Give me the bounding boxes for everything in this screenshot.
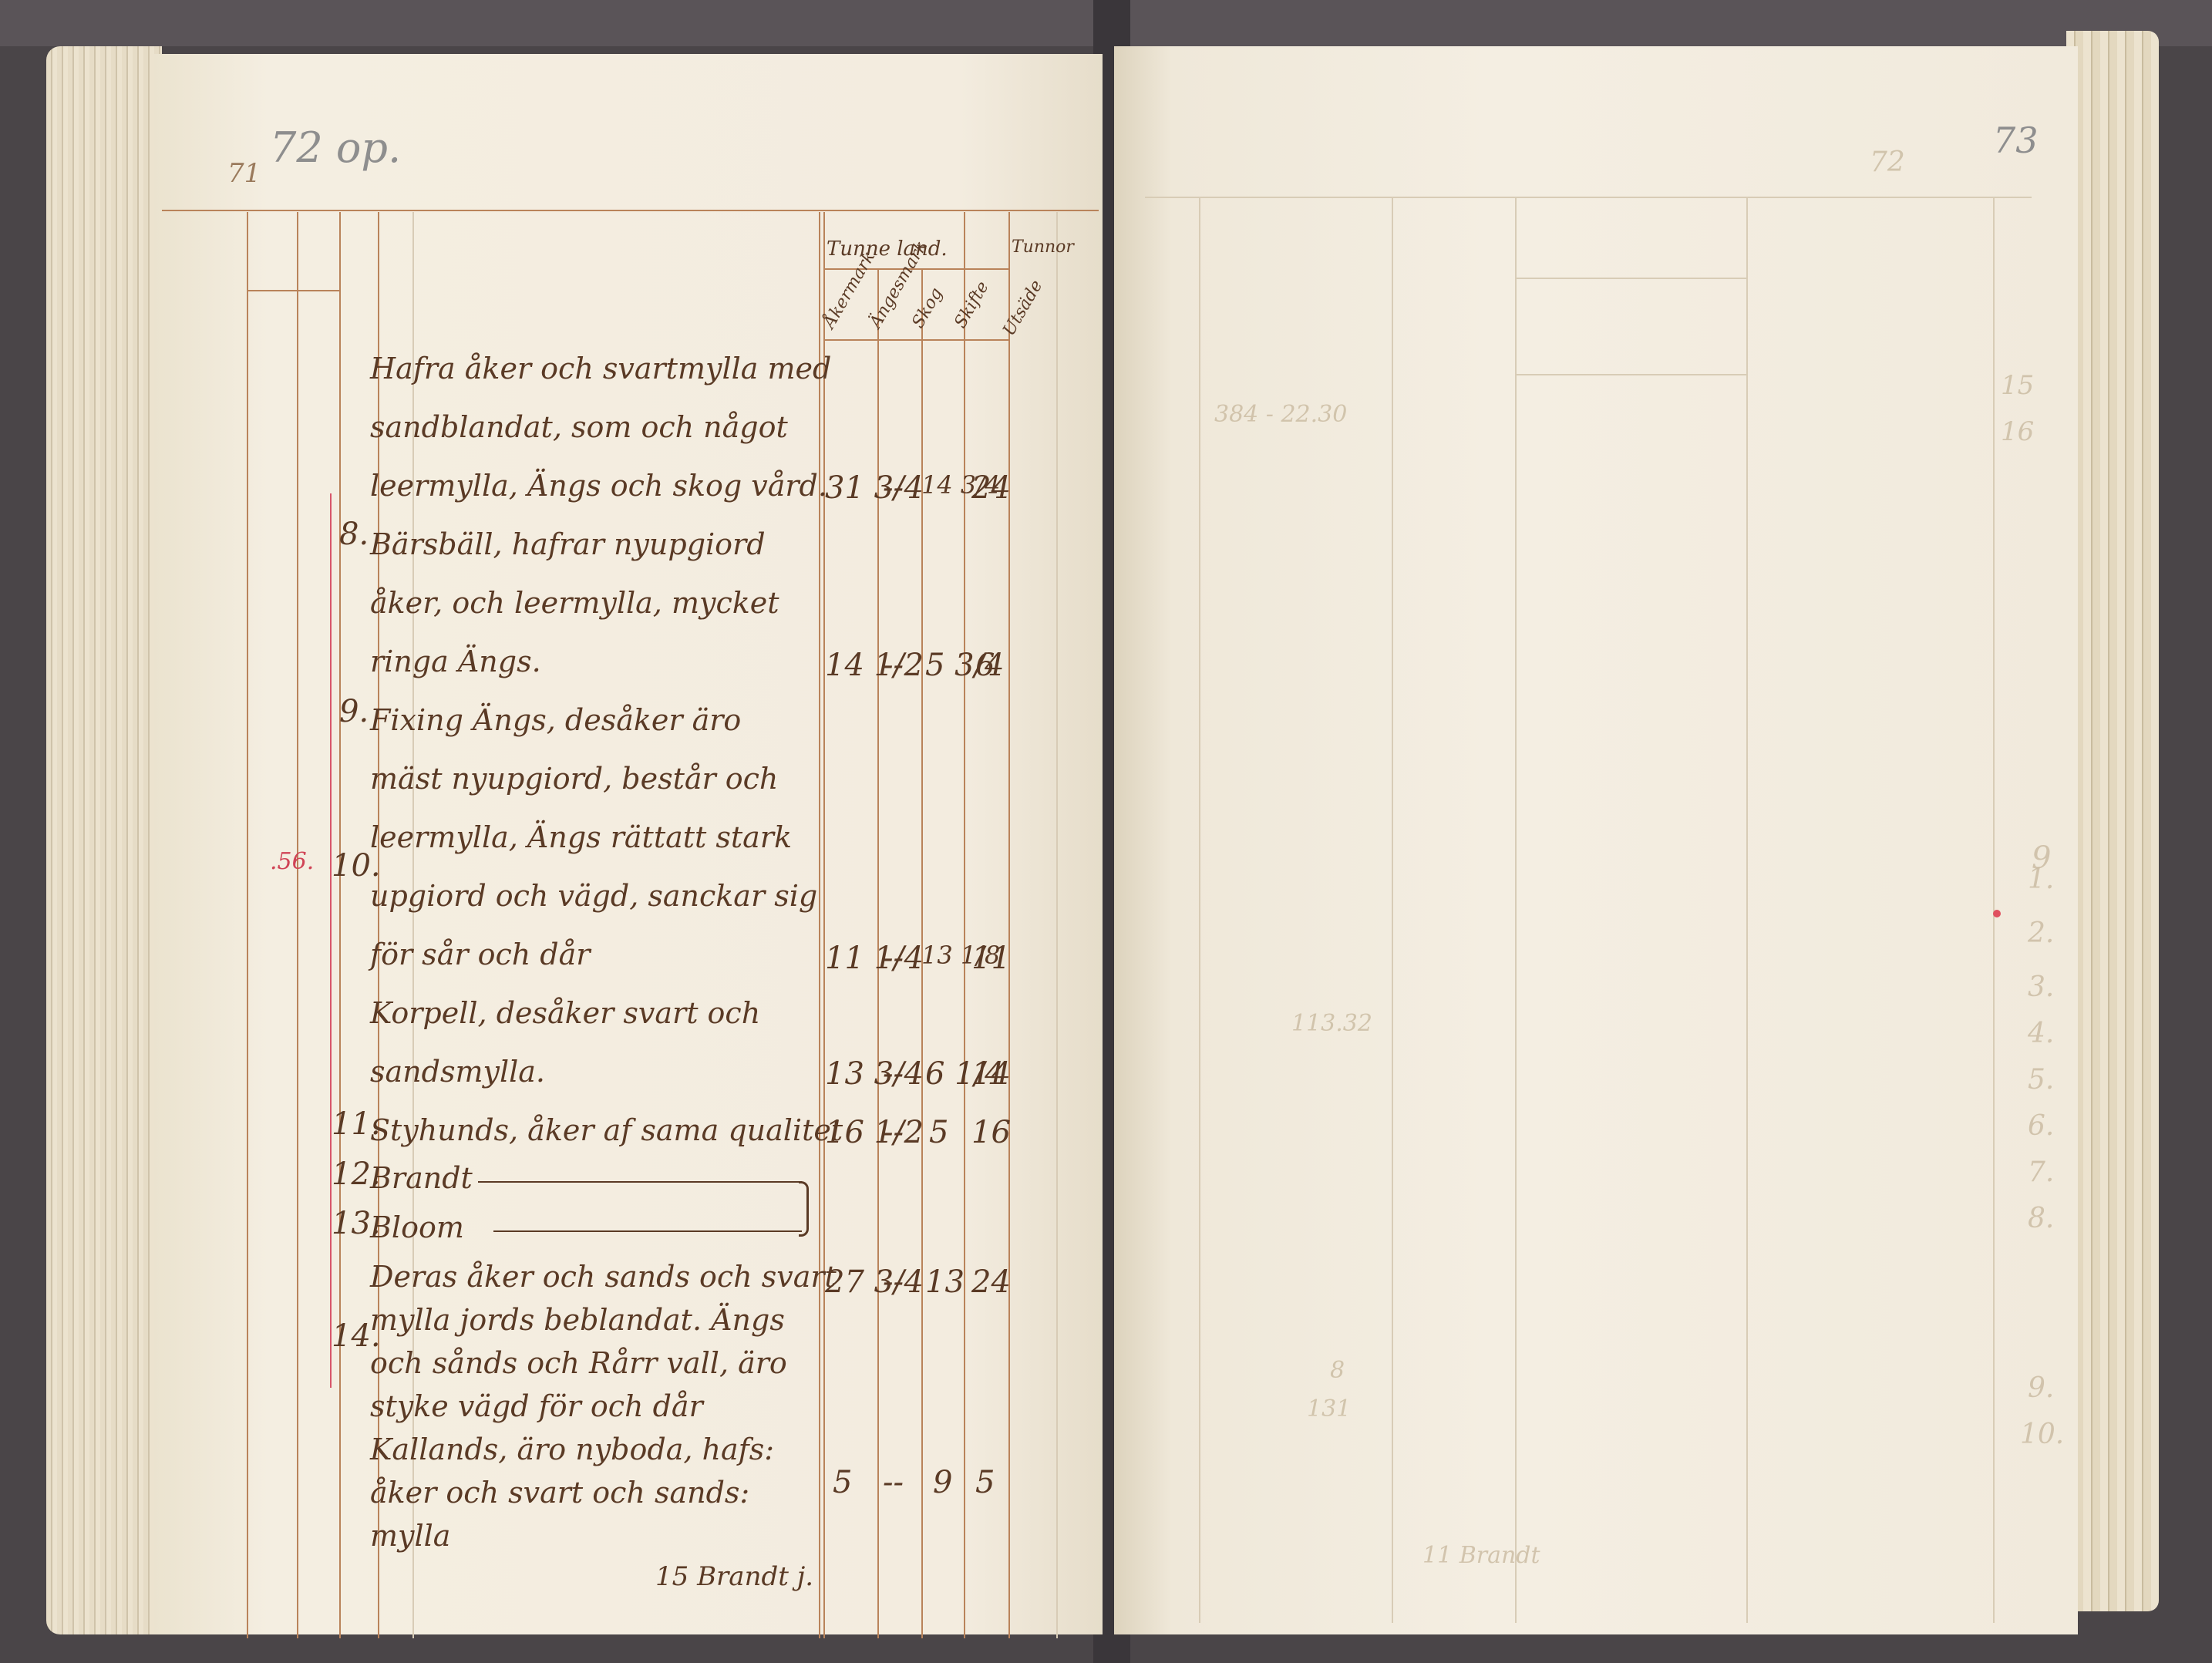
pencil-folio-left: 72 op. (270, 123, 401, 172)
entry-12-13-brace (799, 1181, 809, 1237)
entry-2-line-1: mäst nyupgiord, består och (370, 749, 778, 808)
ghost-list-8: 8. (2028, 1203, 2054, 1234)
ghost-rule-2 (1392, 197, 1393, 1623)
entry-2-val-0: 11 1/4 (825, 941, 924, 976)
entry-0-val-1: -- (883, 470, 904, 506)
value-col-rule-4 (1008, 212, 1010, 1638)
entry-1-val-0: 14 1/2 (825, 648, 924, 683)
entry-0-val-3: 24 (971, 470, 1011, 506)
col-header-utsade: Utsäde (999, 277, 1046, 339)
margin-rule-3 (339, 212, 341, 1638)
entry-0-val-0: 31 3/4 (825, 470, 924, 506)
margin-rule-1 (247, 212, 248, 1638)
ghost-list-4: 4. (2028, 1018, 2054, 1049)
entry-4-val-2: 5 (929, 1115, 948, 1150)
entry-6-val-2: 13 (925, 1264, 965, 1300)
ghost-list-7: 7. (2028, 1156, 2054, 1188)
entry-7-val-2: 9 (933, 1465, 952, 1500)
entry-2-line-0: Fixing Ängs, desåker äro (370, 691, 741, 749)
entry-1-number: 8. (339, 517, 369, 552)
ghost-top-rule (1145, 197, 2032, 198)
entry-3-val-1: -- (883, 1056, 904, 1092)
ghost-sum-2: 113.32 (1291, 1010, 1372, 1037)
ghost-bottom-note: 11 Brandt (1422, 1542, 1540, 1569)
entry-1-line-2: ringa Ängs. (370, 632, 541, 691)
col-header-tunnor: Tunnor (1012, 237, 1074, 257)
entry-3-line-1: sandsmylla. (370, 1042, 545, 1101)
right-page: 73 72 15 16 9 384 - 22.30 113.32 8 131 1… (1114, 46, 2078, 1634)
ghost-rule-4 (1746, 197, 1748, 1623)
footer-note: 15 Brandt j. (655, 1561, 813, 1592)
entry-3-val-3: 14 (971, 1056, 1011, 1092)
header-bottom-rule (823, 339, 1008, 341)
ghost-num-15: 15 (2001, 370, 2034, 401)
ghost-num-16: 16 (2001, 416, 2034, 447)
entry-7-val-1: -- (883, 1465, 904, 1500)
entry-0-line-0: Hafra åker och svartmylla med (370, 339, 831, 398)
entry-0-line-1: sandblandat, som och något (370, 398, 788, 456)
ghost-list-6: 6. (2028, 1110, 2054, 1142)
entry-2-line-4: för sår och dår (370, 925, 590, 984)
entry-2-line-3: upgiord och vägd, sanckar sig (370, 867, 817, 925)
entry-4-val-1: -- (883, 1115, 904, 1150)
ghost-folio-right: 72 (1870, 146, 1905, 178)
value-col-rule-5 (1056, 212, 1058, 1638)
ghost-list-9: 9. (2028, 1372, 2054, 1404)
ghost-rule-7 (1515, 374, 1746, 375)
entry-3-number: 10. (332, 848, 381, 884)
entry-3-val-0: 13 3/4 (825, 1056, 924, 1092)
entry-2-val-3: 11 (971, 941, 1011, 976)
ghost-list-2: 2. (2028, 917, 2054, 949)
ghost-rule-6 (1515, 278, 1746, 279)
value-col-rule-3 (964, 212, 965, 1638)
entry-2-val-1: -- (883, 941, 904, 976)
left-page-edges (46, 46, 162, 1634)
red-margin-note: .56. (270, 848, 314, 875)
margin-rule-2 (297, 212, 298, 1638)
red-wax-fleck (1993, 910, 2001, 917)
entry-1-val-1: -- (883, 648, 904, 683)
left-page: 72 op. 71 Tunne land. Åkermark Ängesmark… (154, 54, 1103, 1634)
ghost-list-10: 10. (2020, 1419, 2064, 1450)
entry-1-line-0: Bärsbäll, hafrar nyupgiord (370, 515, 766, 574)
ghost-sum-1: 384 - 22.30 (1214, 401, 1347, 428)
entry-7-val-0: 5 (833, 1465, 852, 1500)
ghost-rule-3 (1515, 197, 1517, 1623)
ink-folio-left: 71 (227, 158, 261, 189)
value-col-rule-0b (823, 212, 825, 1638)
entry-2-line-2: leermylla, Ängs rättatt stark (370, 808, 792, 867)
entry-7-val-3: 5 (975, 1465, 995, 1500)
margin-box-bottom (247, 290, 339, 291)
entry-6-val-1: -- (883, 1264, 904, 1300)
entry-7-line-2: mylla (370, 1506, 450, 1565)
entry-2-number: 9. (339, 694, 369, 729)
entry-6-val-3: 24 (971, 1264, 1011, 1300)
value-col-rule-0 (819, 212, 820, 1638)
entry-1-line-1: åker, och leermylla, mycket (370, 574, 779, 632)
entry-4-val-3: 16 (971, 1115, 1011, 1150)
entry-4-val-0: 16 1/2 (825, 1115, 924, 1150)
right-page-edges (2066, 31, 2159, 1611)
red-margin-rule (330, 493, 332, 1388)
entry-7-number: 14. (332, 1318, 381, 1354)
entry-6-fill-line (493, 1230, 802, 1232)
entry-6-val-0: 27 3/4 (825, 1264, 924, 1300)
entry-1-val-3: 6 (975, 648, 995, 683)
ghost-list-3: 3. (2028, 971, 2054, 1003)
ghost-list-1: 1. (2028, 863, 2054, 895)
pencil-folio-right: 73 (1993, 120, 2039, 161)
ghost-sum-4: 131 (1307, 1395, 1351, 1422)
ghost-list-5: 5. (2028, 1064, 2054, 1096)
entry-3-line-0: Korpell, desåker svart och (370, 984, 760, 1042)
entry-5-fill-line (478, 1181, 802, 1183)
entry-0-line-2: leermylla, Ängs och skog vård. (370, 456, 827, 515)
top-rule (162, 210, 1099, 211)
col-header-skog: Skog (908, 284, 947, 332)
col-header-skifte: Skifte (951, 278, 992, 332)
ghost-rule-1 (1199, 197, 1200, 1623)
ghost-sum-3: 8 (1330, 1357, 1345, 1384)
